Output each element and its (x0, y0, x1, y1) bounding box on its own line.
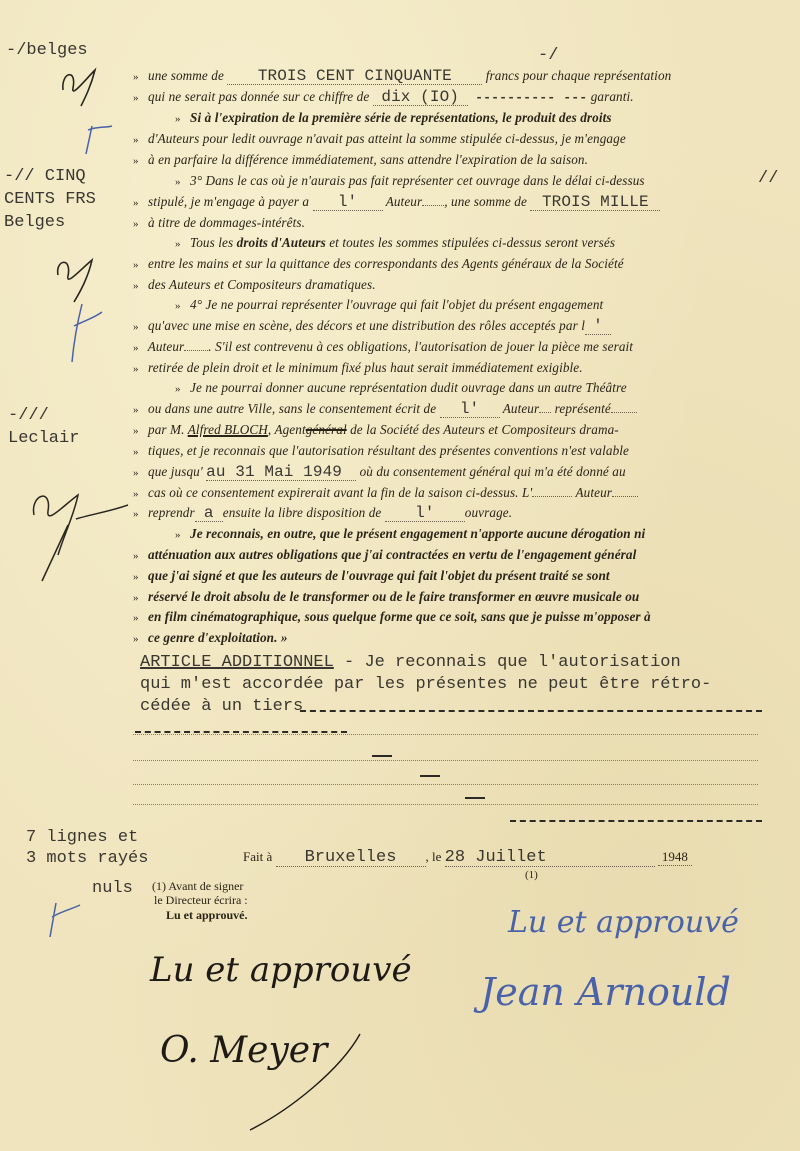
body-line-3: » Si à l'expiration de la première série… (175, 108, 758, 129)
margin-note-lignes: 7 lignes et (26, 827, 138, 848)
blank-line-3 (133, 784, 758, 785)
body-line-14: » Auteur. S'il est contrevenu à ces obli… (133, 337, 758, 358)
date-field: 28 Juillet (445, 849, 655, 867)
body-line-2: » qui ne serait pas donnée sur ce chiffr… (133, 87, 758, 108)
margin-note-belges-2: Belges (4, 212, 65, 233)
article-additionnel-line-2: qui m'est accordée par les présentes ne … (140, 674, 780, 695)
body-line-21: » cas où ce consentement expirerait avan… (133, 483, 758, 504)
body-line-25: » que j'ai signé et que les auteurs de l… (133, 566, 758, 587)
margin-note-cents-frs: CENTS FRS (4, 189, 96, 210)
body-line-8: » à titre de dommages-intérêts. (133, 213, 758, 234)
article-heading: ARTICLE ADDITIONNEL (140, 653, 334, 672)
body-line-16: » Je ne pourrai donner aucune représenta… (175, 378, 758, 399)
body-line-18: » par M. Alfred BLOCH, Agentgénéral de l… (133, 420, 758, 441)
struck-word: général (306, 422, 347, 437)
body-line-4: » d'Auteurs pour ledit ouvrage n'avait p… (133, 129, 758, 150)
dash-filler-1 (300, 710, 762, 712)
body-line-6: » 3° Dans le cas où je n'aurais pas fait… (175, 171, 758, 192)
body-line-23: » Je reconnais, en outre, que le présent… (175, 524, 758, 545)
document-page: -/belges -// CINQ CENTS FRS Belges -/// … (0, 0, 800, 1151)
handwritten-initial-mark-3 (28, 475, 148, 585)
dash-mark-2 (420, 775, 440, 777)
body-line-17: » ou dans une autre Ville, sans le conse… (133, 399, 758, 420)
body-line-26: » réservé le droit absolu de le transfor… (133, 587, 758, 608)
handwritten-initials-blue-3 (44, 895, 89, 940)
footnote-line-1: (1) Avant de signer (152, 879, 243, 893)
dash-filler-2 (135, 731, 347, 733)
handwritten-initial-mark-1 (55, 60, 115, 110)
body-line-1: » une somme de TROIS CENT CINQUANTE fran… (133, 66, 758, 87)
slash-mark-right: // (758, 168, 778, 189)
handwritten-initials-blue-2 (60, 290, 120, 365)
signature-right-approved: Lu et approuvé (508, 905, 739, 940)
body-line-27: » en film cinématographique, sous quelqu… (133, 607, 758, 628)
body-line-13: » qu'avec une mise en scène, des décors … (133, 316, 758, 337)
guarantee-field: dix (IO) (373, 89, 468, 106)
year-field: 1948 (658, 849, 692, 866)
validity-date-field: au 31 Mai 1949 (206, 464, 356, 481)
margin-note-triple-slash: -/// (8, 405, 49, 426)
body-line-10: » entre les mains et sur la quittance de… (133, 254, 758, 275)
body-line-22: » reprendraensuite la libre disposition … (133, 503, 758, 524)
body-line-19: » tiques, et je reconnais que l'autorisa… (133, 441, 758, 462)
damages-field: TROIS MILLE (530, 194, 660, 211)
place-date-line: Fait à Bruxelles, le 28 Juillet 1948 (243, 847, 763, 867)
body-line-5: » à en parfaire la différence immédiatem… (133, 150, 758, 171)
body-line-24: » atténuation aux autres obligations que… (133, 545, 758, 566)
dash-filler-3 (510, 820, 762, 822)
margin-note-mots-rayes: 3 mots rayés (26, 848, 148, 869)
body-line-28: » ce genre d'exploitation. » (133, 628, 758, 649)
signature-left-flourish (250, 1030, 370, 1140)
footnote-ref: (1) (525, 868, 538, 882)
article-additionnel-line-3: cédée à un tiers (140, 696, 780, 717)
signature-right-name: Jean Arnould (480, 970, 731, 1014)
margin-note-cinq: -// CINQ (4, 166, 86, 187)
struck-name: Alfred BLOCH (188, 422, 268, 437)
body-line-7: » stipulé, je m'engage à payer a l' Aute… (133, 192, 758, 213)
signature-left-approved: Lu et approuvé (150, 950, 412, 990)
margin-note-belges: -/belges (6, 40, 88, 61)
blank-line-2 (133, 760, 758, 761)
margin-note-leclair: Leclair (8, 428, 79, 449)
place-field: Bruxelles (276, 849, 426, 867)
slash-mark-top: -/ (538, 45, 558, 66)
body-line-9: » Tous les droits d'Auteurs et toutes le… (175, 233, 758, 254)
body-line-15: » retirée de plein droit et le minimum f… (133, 358, 758, 379)
body-line-11: » des Auteurs et Compositeurs dramatique… (133, 275, 758, 296)
amount-field: TROIS CENT CINQUANTE (227, 68, 482, 85)
blank-line-1 (133, 734, 758, 735)
handwritten-initials-blue-1 (78, 118, 123, 158)
dash-mark-1 (372, 755, 392, 757)
footnote-line-2: le Directeur écrira : (154, 893, 248, 907)
article-additionnel-line-1: ARTICLE ADDITIONNEL - Je reconnais que l… (140, 652, 780, 673)
body-line-12: » 4° Je ne pourrai représenter l'ouvrage… (175, 295, 758, 316)
margin-note-nuls: nuls (92, 878, 133, 899)
footnote-line-3: Lu et approuvé. (166, 908, 247, 922)
body-line-20: » que jusqu' au 31 Mai 1949 où du consen… (133, 462, 758, 483)
blank-line-4 (133, 804, 758, 805)
dash-mark-3 (465, 797, 485, 799)
